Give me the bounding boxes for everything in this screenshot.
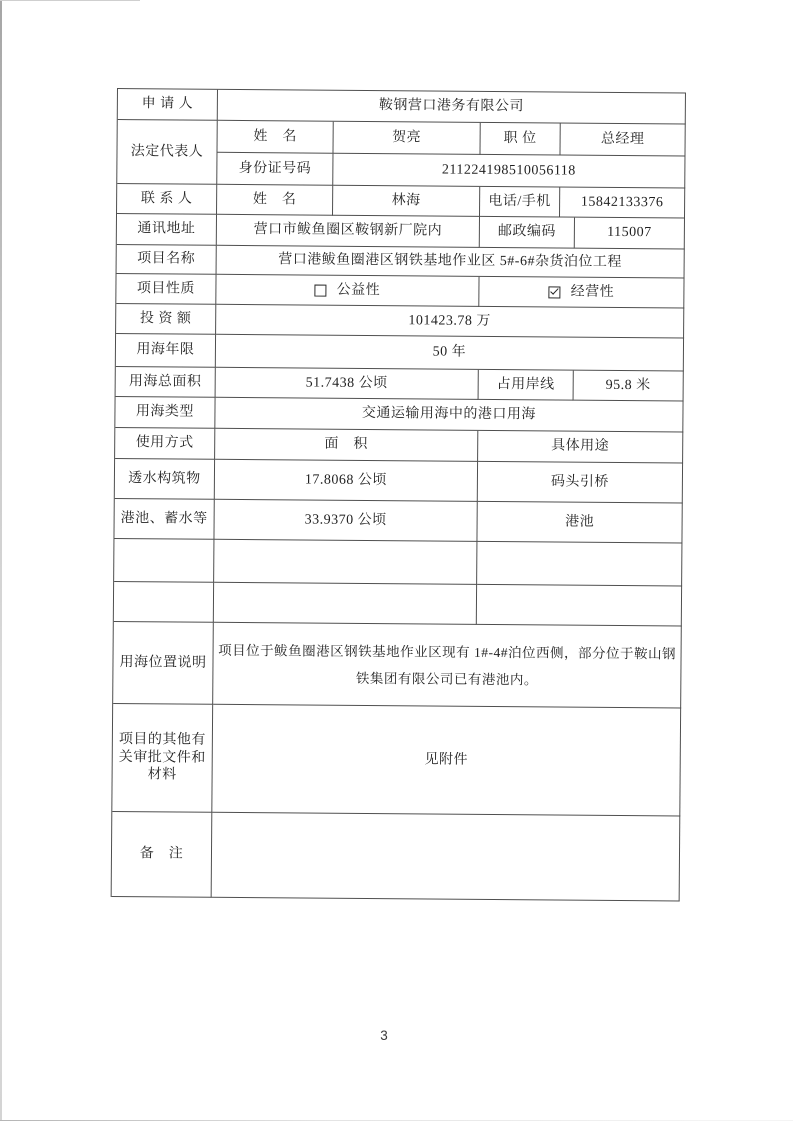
application-form-table: 申 请 人 鞍钢营口港务有限公司 法定代表人 姓 名 贺亮 职 位 总经理 身份… xyxy=(111,88,686,901)
row-permeable-structures: 透水构筑物 17.8068 公顷 码头引桥 xyxy=(115,459,683,503)
row-project-name: 项目名称 营口港鲅鱼圈港区钢铁基地作业区 5#-6#杂货泊位工程 xyxy=(117,245,685,278)
contact-name-value: 林海 xyxy=(333,186,480,217)
row-harbor-basin: 港池、蓄水等 33.9370 公顷 港池 xyxy=(114,499,682,543)
address-value: 营口市鲅鱼圈区鞍钢新厂院内 xyxy=(217,215,480,248)
contact-phone-value: 15842133376 xyxy=(560,187,685,218)
usage-row-purpose: 港池 xyxy=(477,502,682,544)
location-value: 项目位于鲅鱼圈港区钢铁基地作业区现有 1#-4#泊位西侧，部分位于鞍山钢 铁集团… xyxy=(213,623,682,709)
public-welfare-label: 公益性 xyxy=(337,281,381,299)
project-nature-label: 项目性质 xyxy=(116,274,216,305)
row-project-nature: 项目性质 公益性 经营性 xyxy=(116,274,684,308)
row-sea-use-type: 用海类型 交通运输用海中的港口用海 xyxy=(115,397,683,432)
contact-name-label: 姓 名 xyxy=(217,185,333,216)
legal-rep-id-row: 身份证号码 211224198510056118 xyxy=(217,153,685,189)
applicant-value: 鞍钢营口港务有限公司 xyxy=(218,90,686,125)
location-label: 用海位置说明 xyxy=(113,622,214,705)
investment-label: 投 资 额 xyxy=(116,304,216,335)
usage-area-header: 面 积 xyxy=(215,429,478,462)
remarks-value xyxy=(212,813,681,902)
usage-row-purpose xyxy=(477,585,682,627)
page-number: 3 xyxy=(370,1028,398,1043)
remarks-label: 备 注 xyxy=(112,812,213,898)
usage-row-purpose xyxy=(477,542,682,587)
postal-code-label: 邮政编码 xyxy=(480,217,575,249)
address-label: 通讯地址 xyxy=(117,214,217,246)
shoreline-label: 占用岸线 xyxy=(479,370,574,401)
postal-code-value: 115007 xyxy=(575,218,685,250)
usage-row-area: 33.9370 公顷 xyxy=(214,500,477,542)
contact-phone-label: 电话/手机 xyxy=(480,187,560,218)
legal-rep-label: 法定代表人 xyxy=(117,120,217,185)
row-usage-empty-1 xyxy=(114,539,682,586)
row-contact: 联 系 人 姓 名 林海 电话/手机 15842133376 xyxy=(117,184,685,218)
usage-row-label: 透水构筑物 xyxy=(115,459,215,500)
contact-label: 联 系 人 xyxy=(117,184,217,215)
row-sea-use-tenure: 用海年限 50 年 xyxy=(116,334,684,371)
legal-rep-title-label: 职 位 xyxy=(480,123,560,156)
project-name-label: 项目名称 xyxy=(117,245,217,275)
id-number-value: 211224198510056118 xyxy=(333,154,685,189)
other-docs-value: 见附件 xyxy=(212,705,681,817)
usage-row-area: 17.8068 公顷 xyxy=(215,460,478,502)
sea-type-label: 用海类型 xyxy=(115,397,215,429)
checkbox-unchecked-icon xyxy=(315,284,327,296)
scanned-form-page: { "colors": { "ink": "#1f1f1f", "table_l… xyxy=(0,0,793,1121)
tenure-value: 50 年 xyxy=(216,335,684,372)
public-welfare-option: 公益性 xyxy=(216,275,479,307)
commercial-option: 经营性 xyxy=(479,277,684,309)
applicant-label: 申 请 人 xyxy=(118,89,218,121)
check-mark-icon xyxy=(550,286,558,295)
legal-rep-subgrid: 姓 名 贺亮 职 位 总经理 身份证号码 211224198510056118 xyxy=(217,121,685,189)
scan-edge-left xyxy=(0,0,2,1121)
sea-type-value: 交通运输用海中的港口用海 xyxy=(215,398,683,433)
row-sea-location: 用海位置说明 项目位于鲅鱼圈港区钢铁基地作业区现有 1#-4#泊位西侧，部分位于… xyxy=(113,622,682,708)
usage-row-area xyxy=(214,540,477,585)
usage-row-label: 港池、蓄水等 xyxy=(114,499,214,540)
usage-row-label xyxy=(114,582,214,623)
legal-rep-name-row: 姓 名 贺亮 职 位 总经理 xyxy=(217,121,685,157)
row-other-approval-docs: 项目的其他有 关审批文件和 材料 见附件 xyxy=(112,704,681,816)
usage-row-area xyxy=(214,583,477,625)
row-address: 通讯地址 营口市鲅鱼圈区鞍钢新厂院内 邮政编码 115007 xyxy=(117,214,685,249)
shoreline-value: 95.8 米 xyxy=(574,371,684,402)
row-usage-header: 使用方式 面 积 具体用途 xyxy=(115,428,683,463)
row-investment: 投 资 额 101423.78 万 xyxy=(116,304,684,338)
row-usage-empty-2 xyxy=(114,582,682,626)
checkbox-checked-icon xyxy=(549,286,561,298)
usage-row-purpose: 码头引桥 xyxy=(478,462,683,504)
id-number-label: 身份证号码 xyxy=(217,153,333,186)
legal-rep-name-label: 姓 名 xyxy=(217,121,333,154)
total-area-label: 用海总面积 xyxy=(116,367,216,398)
other-docs-label: 项目的其他有 关审批文件和 材料 xyxy=(112,704,213,813)
row-remarks: 备 注 xyxy=(112,812,681,901)
usage-purpose-header: 具体用途 xyxy=(478,431,683,464)
usage-row-label xyxy=(114,539,214,583)
scan-edge-top xyxy=(0,0,140,1)
row-legal-representative: 法定代表人 姓 名 贺亮 职 位 总经理 身份证号码 2112241985100… xyxy=(117,120,685,188)
investment-value: 101423.78 万 xyxy=(216,305,684,339)
commercial-label: 经营性 xyxy=(571,283,615,301)
tenure-label: 用海年限 xyxy=(116,334,216,368)
row-applicant: 申 请 人 鞍钢营口港务有限公司 xyxy=(118,89,686,124)
project-name-value: 营口港鲅鱼圈港区钢铁基地作业区 5#-6#杂货泊位工程 xyxy=(217,246,685,279)
total-area-value: 51.7438 公顷 xyxy=(216,368,479,400)
legal-rep-title-value: 总经理 xyxy=(560,123,685,156)
legal-rep-name-value: 贺亮 xyxy=(333,122,480,155)
usage-header-label: 使用方式 xyxy=(115,428,215,460)
row-total-sea-area: 用海总面积 51.7438 公顷 占用岸线 95.8 米 xyxy=(116,367,684,401)
